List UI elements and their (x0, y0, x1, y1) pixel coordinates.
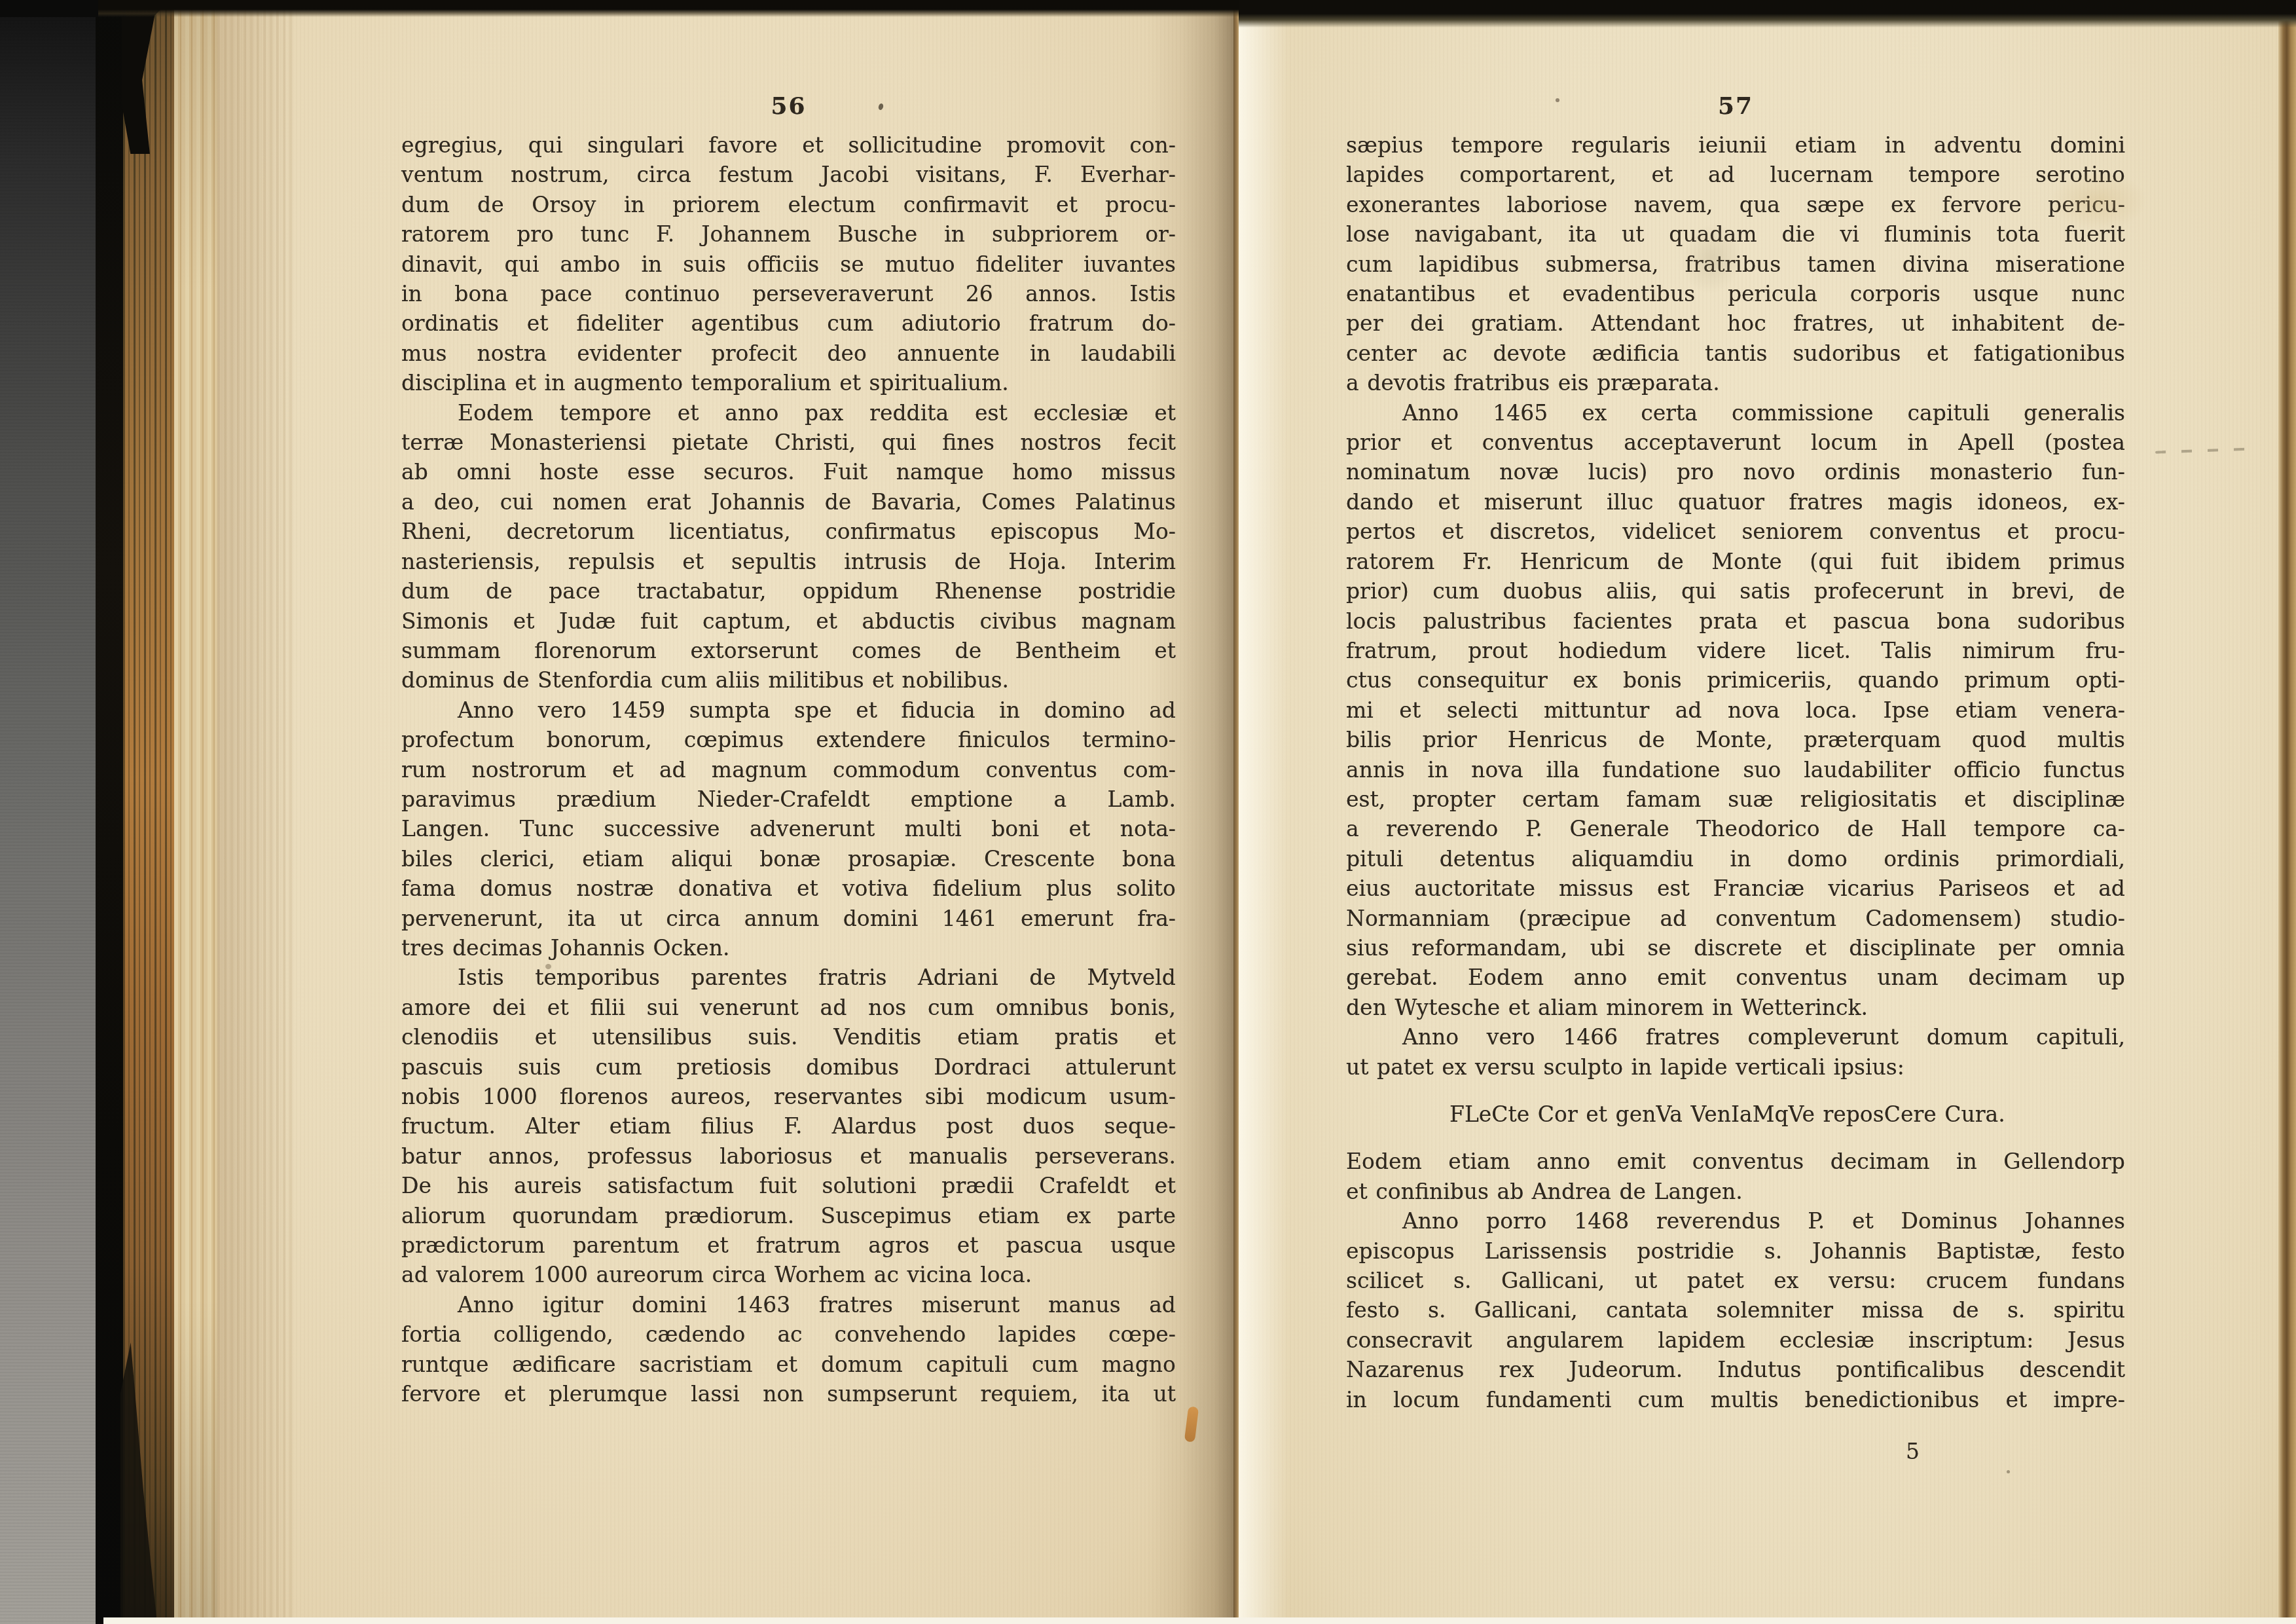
text-line: ctus consequitur ex bonis primiceriis, q… (1346, 665, 2125, 695)
ink-speck (1556, 98, 1559, 102)
text-line: nominatum novæ lucis) pro novo ordinis m… (1346, 457, 2125, 487)
text-line: a reverendo P. Generale Theodorico de Ha… (1346, 814, 2125, 843)
text-line: pertos et discretos, videlicet seniorem … (1346, 517, 2125, 546)
text-line: nobis 1000 florenos aureos, reservantes … (401, 1082, 1176, 1111)
text-line: gerebat. Eodem anno emit conventus unam … (1346, 963, 2125, 992)
text-line: sius reformandam, ubi se discrete et dis… (1346, 933, 2125, 963)
text-line: egregius, qui singulari favore et sollic… (401, 130, 1176, 160)
text-line: biles clerici, etiam aliqui bonæ prosapi… (401, 844, 1176, 874)
text-line: Anno 1465 ex certa commissione capituli … (1346, 398, 2125, 428)
text-line: center ac devote ædificia tantis sudorib… (1346, 339, 2125, 368)
text-line: De his aureis satisfactum fuit solutioni… (401, 1171, 1176, 1200)
text-line: Anno vero 1459 sumpta spe et fiducia in … (401, 695, 1176, 725)
text-line: locis palustribus facientes prata et pas… (1346, 606, 2125, 636)
gutter-line (1233, 0, 1239, 1624)
text-line: fama domus nostræ donativa et votiva fid… (401, 874, 1176, 903)
right-page-block-edge (2278, 0, 2296, 1624)
signature-mark: 5 (1346, 1437, 2125, 1466)
text-line: per dei gratiam. Attendant hoc fratres, … (1346, 308, 2125, 338)
text-line: fervore et plerumque lassi non sumpserun… (401, 1379, 1176, 1409)
text-line: terræ Monasteriensi pietate Christi, qui… (401, 428, 1176, 457)
faint-stain (2049, 172, 2147, 231)
text-line: summam florenorum extorserunt comes de B… (401, 636, 1176, 665)
text-line: mus nostra evidenter profecit deo annuen… (401, 339, 1176, 368)
right-page-lines: sæpius tempore regularis ieiunii etiam i… (1346, 130, 2125, 1414)
text-line: scilicet s. Gallicani, ut patet ex versu… (1346, 1266, 2125, 1295)
text-line: nasteriensis, repulsis et sepultis intru… (401, 547, 1176, 576)
text-line: fortia colligendo, cædendo ac convehendo… (401, 1319, 1176, 1349)
text-line: Langen. Tunc successive advenerunt multi… (401, 814, 1176, 843)
text-line: pascuis suis cum pretiosis domibus Dordr… (401, 1052, 1176, 1082)
text-line: ordinatis et fideliter agentibus cum adi… (401, 308, 1176, 338)
text-line: in locum fundamenti cum multis benedicti… (1346, 1385, 2125, 1414)
chronogram-verse-line: FLeCte Cor et genVa VenIaMqVe reposCere … (1346, 1099, 2125, 1129)
text-line: aliorum quorundam prædiorum. Suscepimus … (401, 1201, 1176, 1230)
text-line: ratorem Fr. Henricum de Monte (qui fuit … (1346, 547, 2125, 576)
text-line: prædictorum parentum et fratrum agros et… (401, 1230, 1176, 1260)
text-line: den Wytesche et aliam minorem in Wetteri… (1346, 993, 2125, 1022)
scan-bottom-edge (103, 1617, 2296, 1624)
text-line: runtque ædificare sacristiam et domum ca… (401, 1350, 1176, 1379)
text-line: tres decimas Johannis Ocken. (401, 933, 1176, 963)
text-line: et confinibus ab Andrea de Langen. (1346, 1177, 2125, 1206)
text-line: profectum bonorum, cœpimus extendere fin… (401, 725, 1176, 754)
page-number-right: 57 (1346, 92, 2125, 120)
text-line: lapides comportarent, et ad lucernam tem… (1346, 160, 2125, 189)
text-line: festo s. Gallicani, cantata solemniter m… (1346, 1295, 2125, 1325)
text-line: ratorem pro tunc F. Johannem Busche in s… (401, 219, 1176, 249)
text-line: prior) cum duobus aliis, qui satis profe… (1346, 576, 2125, 606)
gutter-highlight (1239, 0, 1288, 1624)
ink-speck (545, 964, 551, 969)
text-line: episcopus Larissensis postridie s. Johan… (1346, 1236, 2125, 1266)
text-line: prior et conventus acceptaverunt locum i… (1346, 428, 2125, 457)
text-line: annis in nova illa fundatione suo laudab… (1346, 755, 2125, 784)
text-line: disciplina et in augmento temporalium et… (401, 368, 1176, 397)
text-line: Anno porro 1468 reverendus P. et Dominus… (1346, 1206, 2125, 1236)
text-line: rum nostrorum et ad magnum commodum conv… (401, 755, 1176, 784)
text-line: fructum. Alter etiam filius F. Alardus p… (401, 1111, 1176, 1141)
text-line: ab omni hoste esse securos. Fuit namque … (401, 457, 1176, 487)
text-line: Eodem etiam anno emit conventus decimam … (1346, 1147, 2125, 1176)
text-line: Rheni, decretorum licentiatus, confirmat… (401, 517, 1176, 546)
right-page-text-block: sæpius tempore regularis ieiunii etiam i… (1346, 130, 2125, 1466)
page-edge-striations (174, 0, 217, 1624)
text-line: Anno igitur domini 1463 fratres miserunt… (401, 1290, 1176, 1319)
book-cover-edge (96, 0, 124, 1624)
text-line: a deo, cui nomen erat Johannis de Bavari… (401, 487, 1176, 517)
text-line: consecravit angularem lapidem ecclesiæ i… (1346, 1325, 2125, 1355)
ink-speck (2007, 1470, 2010, 1473)
text-line: Anno vero 1466 fratres compleverunt domu… (1346, 1022, 2125, 1052)
text-line: mi et selecti mittuntur ad nova loca. Ip… (1346, 695, 2125, 725)
page-number-left: 56 (401, 92, 1176, 120)
text-line: fratrum, prout hodiedum videre licet. Ta… (1346, 636, 2125, 665)
text-line: dominus de Stenfordia cum aliis militibu… (401, 665, 1176, 695)
text-line: dinavit, qui ambo in suis officiis se mu… (401, 249, 1176, 279)
text-line: ventum nostrum, circa festum Jacobi visi… (401, 160, 1176, 189)
text-line: Nazarenus rex Judeorum. Indutus pontific… (1346, 1355, 2125, 1384)
scan-top-edge-right (1239, 0, 2296, 28)
left-page-lines: egregius, qui singulari favore et sollic… (401, 130, 1176, 1409)
text-line: paravimus prædium Nieder-Crafeldt emptio… (401, 784, 1176, 814)
text-line: clenodiis et utensilibus suis. Venditis … (401, 1022, 1176, 1052)
text-line: pituli detentus aliquamdiu in domo ordin… (1346, 844, 2125, 874)
text-line: ut patet ex versu sculpto in lapide vert… (1346, 1052, 2125, 1082)
text-line: Istis temporibus parentes fratris Adrian… (401, 963, 1176, 992)
text-line: dum de Orsoy in priorem electum confirma… (401, 190, 1176, 219)
text-line: dando et miserunt illuc quatuor fratres … (1346, 487, 2125, 517)
scan-top-edge (98, 0, 1239, 17)
text-line: Simonis et Judæ fuit captum, et abductis… (401, 606, 1176, 636)
text-line: bilis prior Henricus de Monte, præterqua… (1346, 725, 2125, 754)
text-line: ad valorem 1000 aureorum circa Worhem ac… (401, 1260, 1176, 1289)
text-line: Eodem tempore et anno pax reddita est ec… (401, 398, 1176, 428)
text-line: sæpius tempore regularis ieiunii etiam i… (1346, 130, 2125, 160)
text-line: Normanniam (præcipue ad conventum Cadome… (1346, 904, 2125, 933)
text-line: est, propter certam famam suæ religiosit… (1346, 784, 2125, 814)
text-line: exonerantes laboriose navem, qua sæpe ex… (1346, 190, 2125, 219)
text-line: in bona pace continuo perseveraverunt 26… (401, 279, 1176, 308)
text-line: pervenerunt, ita ut circa annum domini 1… (401, 904, 1176, 933)
left-page-text-block: egregius, qui singulari favore et sollic… (401, 130, 1176, 1409)
text-line: eius auctoritate missus est Franciæ vica… (1346, 874, 2125, 903)
text-line: dum de pace tractabatur, oppidum Rhenens… (401, 576, 1176, 606)
text-line: amore dei et filii sui venerunt ad nos c… (401, 993, 1176, 1022)
text-line: batur annos, professus laboriosus et man… (401, 1141, 1176, 1171)
text-line: a devotis fratribus eis præparata. (1346, 368, 2125, 397)
